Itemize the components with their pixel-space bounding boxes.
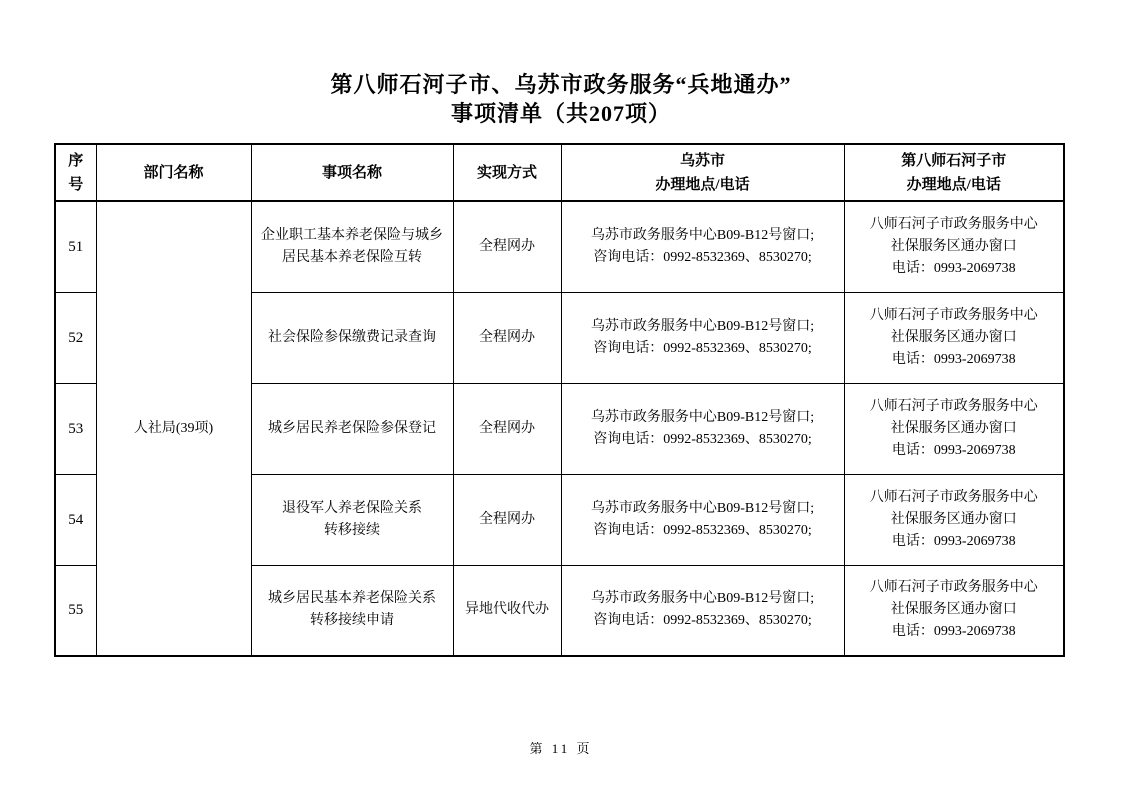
page-title-line1: 第八师石河子市、乌苏市政务服务“兵地通办” — [0, 70, 1122, 99]
cell-method: 异地代收代办 — [453, 565, 561, 656]
table-row: 51 人社局(39项) 企业职工基本养老保险与城乡 居民基本养老保险互转 全程网… — [55, 201, 1064, 292]
col-header-department: 部门名称 — [96, 144, 251, 201]
cell-item-name: 企业职工基本养老保险与城乡 居民基本养老保险互转 — [251, 201, 453, 292]
table-header-row: 序号 部门名称 事项名称 实现方式 乌苏市 办理地点/电话 第八师石河子市 办理… — [55, 144, 1064, 201]
cell-item-name: 社会保险参保缴费记录查询 — [251, 292, 453, 383]
cell-shihezi-location: 八师石河子市政务服务中心 社保服务区通办窗口 电话：0993-2069738 — [844, 383, 1064, 474]
cell-item-name: 城乡居民养老保险参保登记 — [251, 383, 453, 474]
service-items-table: 序号 部门名称 事项名称 实现方式 乌苏市 办理地点/电话 第八师石河子市 办理… — [54, 143, 1065, 657]
page-title-line2: 事项清单（共207项） — [0, 99, 1122, 128]
cell-method: 全程网办 — [453, 201, 561, 292]
col-header-shihezi-location: 第八师石河子市 办理地点/电话 — [844, 144, 1064, 201]
cell-department: 人社局(39项) — [96, 201, 251, 656]
cell-row-number: 51 — [55, 201, 96, 292]
cell-wusu-location: 乌苏市政务服务中心B09-B12号窗口; 咨询电话：0992-8532369、8… — [561, 201, 844, 292]
page-title: 第八师石河子市、乌苏市政务服务“兵地通办” 事项清单（共207项） — [0, 70, 1122, 128]
cell-shihezi-location: 八师石河子市政务服务中心 社保服务区通办窗口 电话：0993-2069738 — [844, 292, 1064, 383]
cell-shihezi-location: 八师石河子市政务服务中心 社保服务区通办窗口 电话：0993-2069738 — [844, 201, 1064, 292]
col-header-method: 实现方式 — [453, 144, 561, 201]
cell-method: 全程网办 — [453, 292, 561, 383]
document-page: { "page": { "title_line1": "第八师石河子市、乌苏市政… — [0, 0, 1122, 793]
cell-wusu-location: 乌苏市政务服务中心B09-B12号窗口; 咨询电话：0992-8532369、8… — [561, 565, 844, 656]
cell-wusu-location: 乌苏市政务服务中心B09-B12号窗口; 咨询电话：0992-8532369、8… — [561, 474, 844, 565]
cell-shihezi-location: 八师石河子市政务服务中心 社保服务区通办窗口 电话：0993-2069738 — [844, 474, 1064, 565]
page-number: 第 11 页 — [0, 738, 1122, 757]
col-header-wusu-location: 乌苏市 办理地点/电话 — [561, 144, 844, 201]
cell-item-name: 城乡居民基本养老保险关系 转移接续申请 — [251, 565, 453, 656]
cell-row-number: 54 — [55, 474, 96, 565]
cell-row-number: 53 — [55, 383, 96, 474]
cell-item-name: 退役军人养老保险关系 转移接续 — [251, 474, 453, 565]
col-header-no: 序号 — [55, 144, 96, 201]
cell-method: 全程网办 — [453, 474, 561, 565]
col-header-item: 事项名称 — [251, 144, 453, 201]
cell-wusu-location: 乌苏市政务服务中心B09-B12号窗口; 咨询电话：0992-8532369、8… — [561, 383, 844, 474]
cell-method: 全程网办 — [453, 383, 561, 474]
cell-wusu-location: 乌苏市政务服务中心B09-B12号窗口; 咨询电话：0992-8532369、8… — [561, 292, 844, 383]
cell-row-number: 55 — [55, 565, 96, 656]
cell-row-number: 52 — [55, 292, 96, 383]
cell-shihezi-location: 八师石河子市政务服务中心 社保服务区通办窗口 电话：0993-2069738 — [844, 565, 1064, 656]
